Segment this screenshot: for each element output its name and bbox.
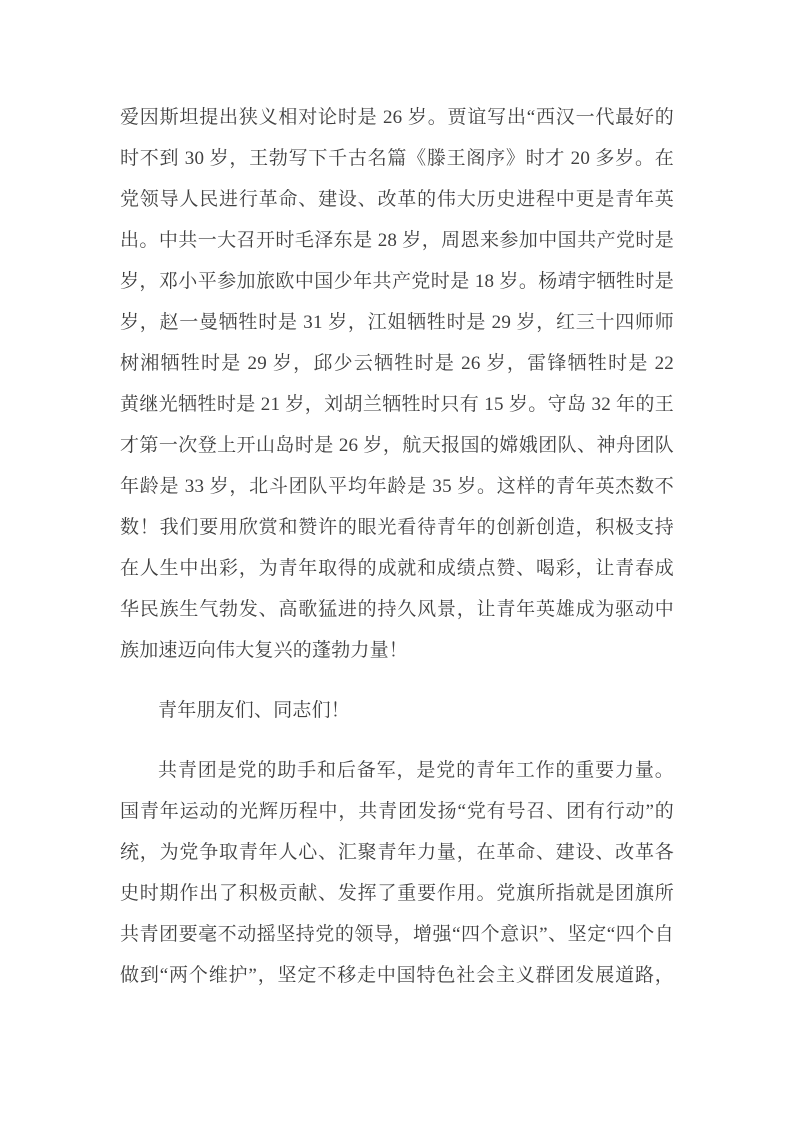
text-line: 做到“两个维护”，坚定不移走中国特色社会主义群团发展道路，不断保 — [120, 955, 674, 996]
text-line: 树湘牺牲时是 29 岁，邱少云牺牲时是 26 岁，雷锋牺牲时是 22 岁， — [120, 343, 674, 384]
text-line: 族加速迈向伟大复兴的蓬勃力量！ — [120, 630, 674, 671]
text-line: 在人生中出彩，为青年取得的成就和成绩点赞、喝彩，让青春成为中 — [120, 548, 674, 589]
text-line: 爱因斯坦提出狭义相对论时是 26 岁。贾谊写出“西汉一代最好的政论” — [120, 97, 674, 138]
text-line: 党领导人民进行革命、建设、改革的伟大历史进程中更是青年英雄辈 — [120, 179, 674, 220]
text-line: 青年朋友们、同志们！ — [120, 690, 674, 731]
text-line: 史时期作出了积极贡献、发挥了重要作用。党旗所指就是团旗所向。 — [120, 873, 674, 914]
text-line: 华民族生气勃发、高歌猛进的持久风景，让青年英雄成为驱动中华民 — [120, 589, 674, 630]
text-line: 数！我们要用欣赏和赞许的眼光看待青年的创新创造，积极支持他们 — [120, 507, 674, 548]
text-line: 才第一次登上开山岛时是 26 岁，航天报国的嫦娥团队、神舟团队平均 — [120, 425, 674, 466]
text-line: 岁，赵一曼牺牲时是 31 岁，江姐牺牲时是 29 岁，红三十四师师长陈 — [120, 302, 674, 343]
paragraph: 爱因斯坦提出狭义相对论时是 26 岁。贾谊写出“西汉一代最好的政论”时不到 30… — [120, 97, 674, 671]
document-page: 爱因斯坦提出狭义相对论时是 26 岁。贾谊写出“西汉一代最好的政论”时不到 30… — [0, 0, 794, 1123]
document-body: 爱因斯坦提出狭义相对论时是 26 岁。贾谊写出“西汉一代最好的政论”时不到 30… — [120, 97, 674, 996]
paragraph: 共青团是党的助手和后备军，是党的青年工作的重要力量。在中国青年运动的光辉历程中，… — [120, 750, 674, 996]
text-line: 岁，邓小平参加旅欧中国少年共产党时是 18 岁。杨靖宇牺牲时是 35 — [120, 261, 674, 302]
text-line: 年龄是 33 岁，北斗团队平均年龄是 35 岁。这样的青年英杰数不胜 — [120, 466, 674, 507]
text-line: 共青团要毫不动摇坚持党的领导，增强“四个意识”、坚定“四个自信”、 — [120, 914, 674, 955]
text-line: 国青年运动的光辉历程中，共青团发扬“党有号召、团有行动”的优良传 — [120, 791, 674, 832]
text-line: 共青团是党的助手和后备军，是党的青年工作的重要力量。在中 — [120, 750, 674, 791]
text-line: 黄继光牺牲时是 21 岁，刘胡兰牺牲时只有 15 岁。守岛 32 年的王继 — [120, 384, 674, 425]
text-line: 时不到 30 岁，王勃写下千古名篇《滕王阁序》时才 20 多岁。在我们 — [120, 138, 674, 179]
text-line: 出。中共一大召开时毛泽东是 28 岁，周恩来参加中国共产党时是 23 — [120, 220, 674, 261]
text-line: 统，为党争取青年人心、汇聚青年力量，在革命、建设、改革各个历 — [120, 832, 674, 873]
paragraph: 青年朋友们、同志们！ — [120, 690, 674, 731]
